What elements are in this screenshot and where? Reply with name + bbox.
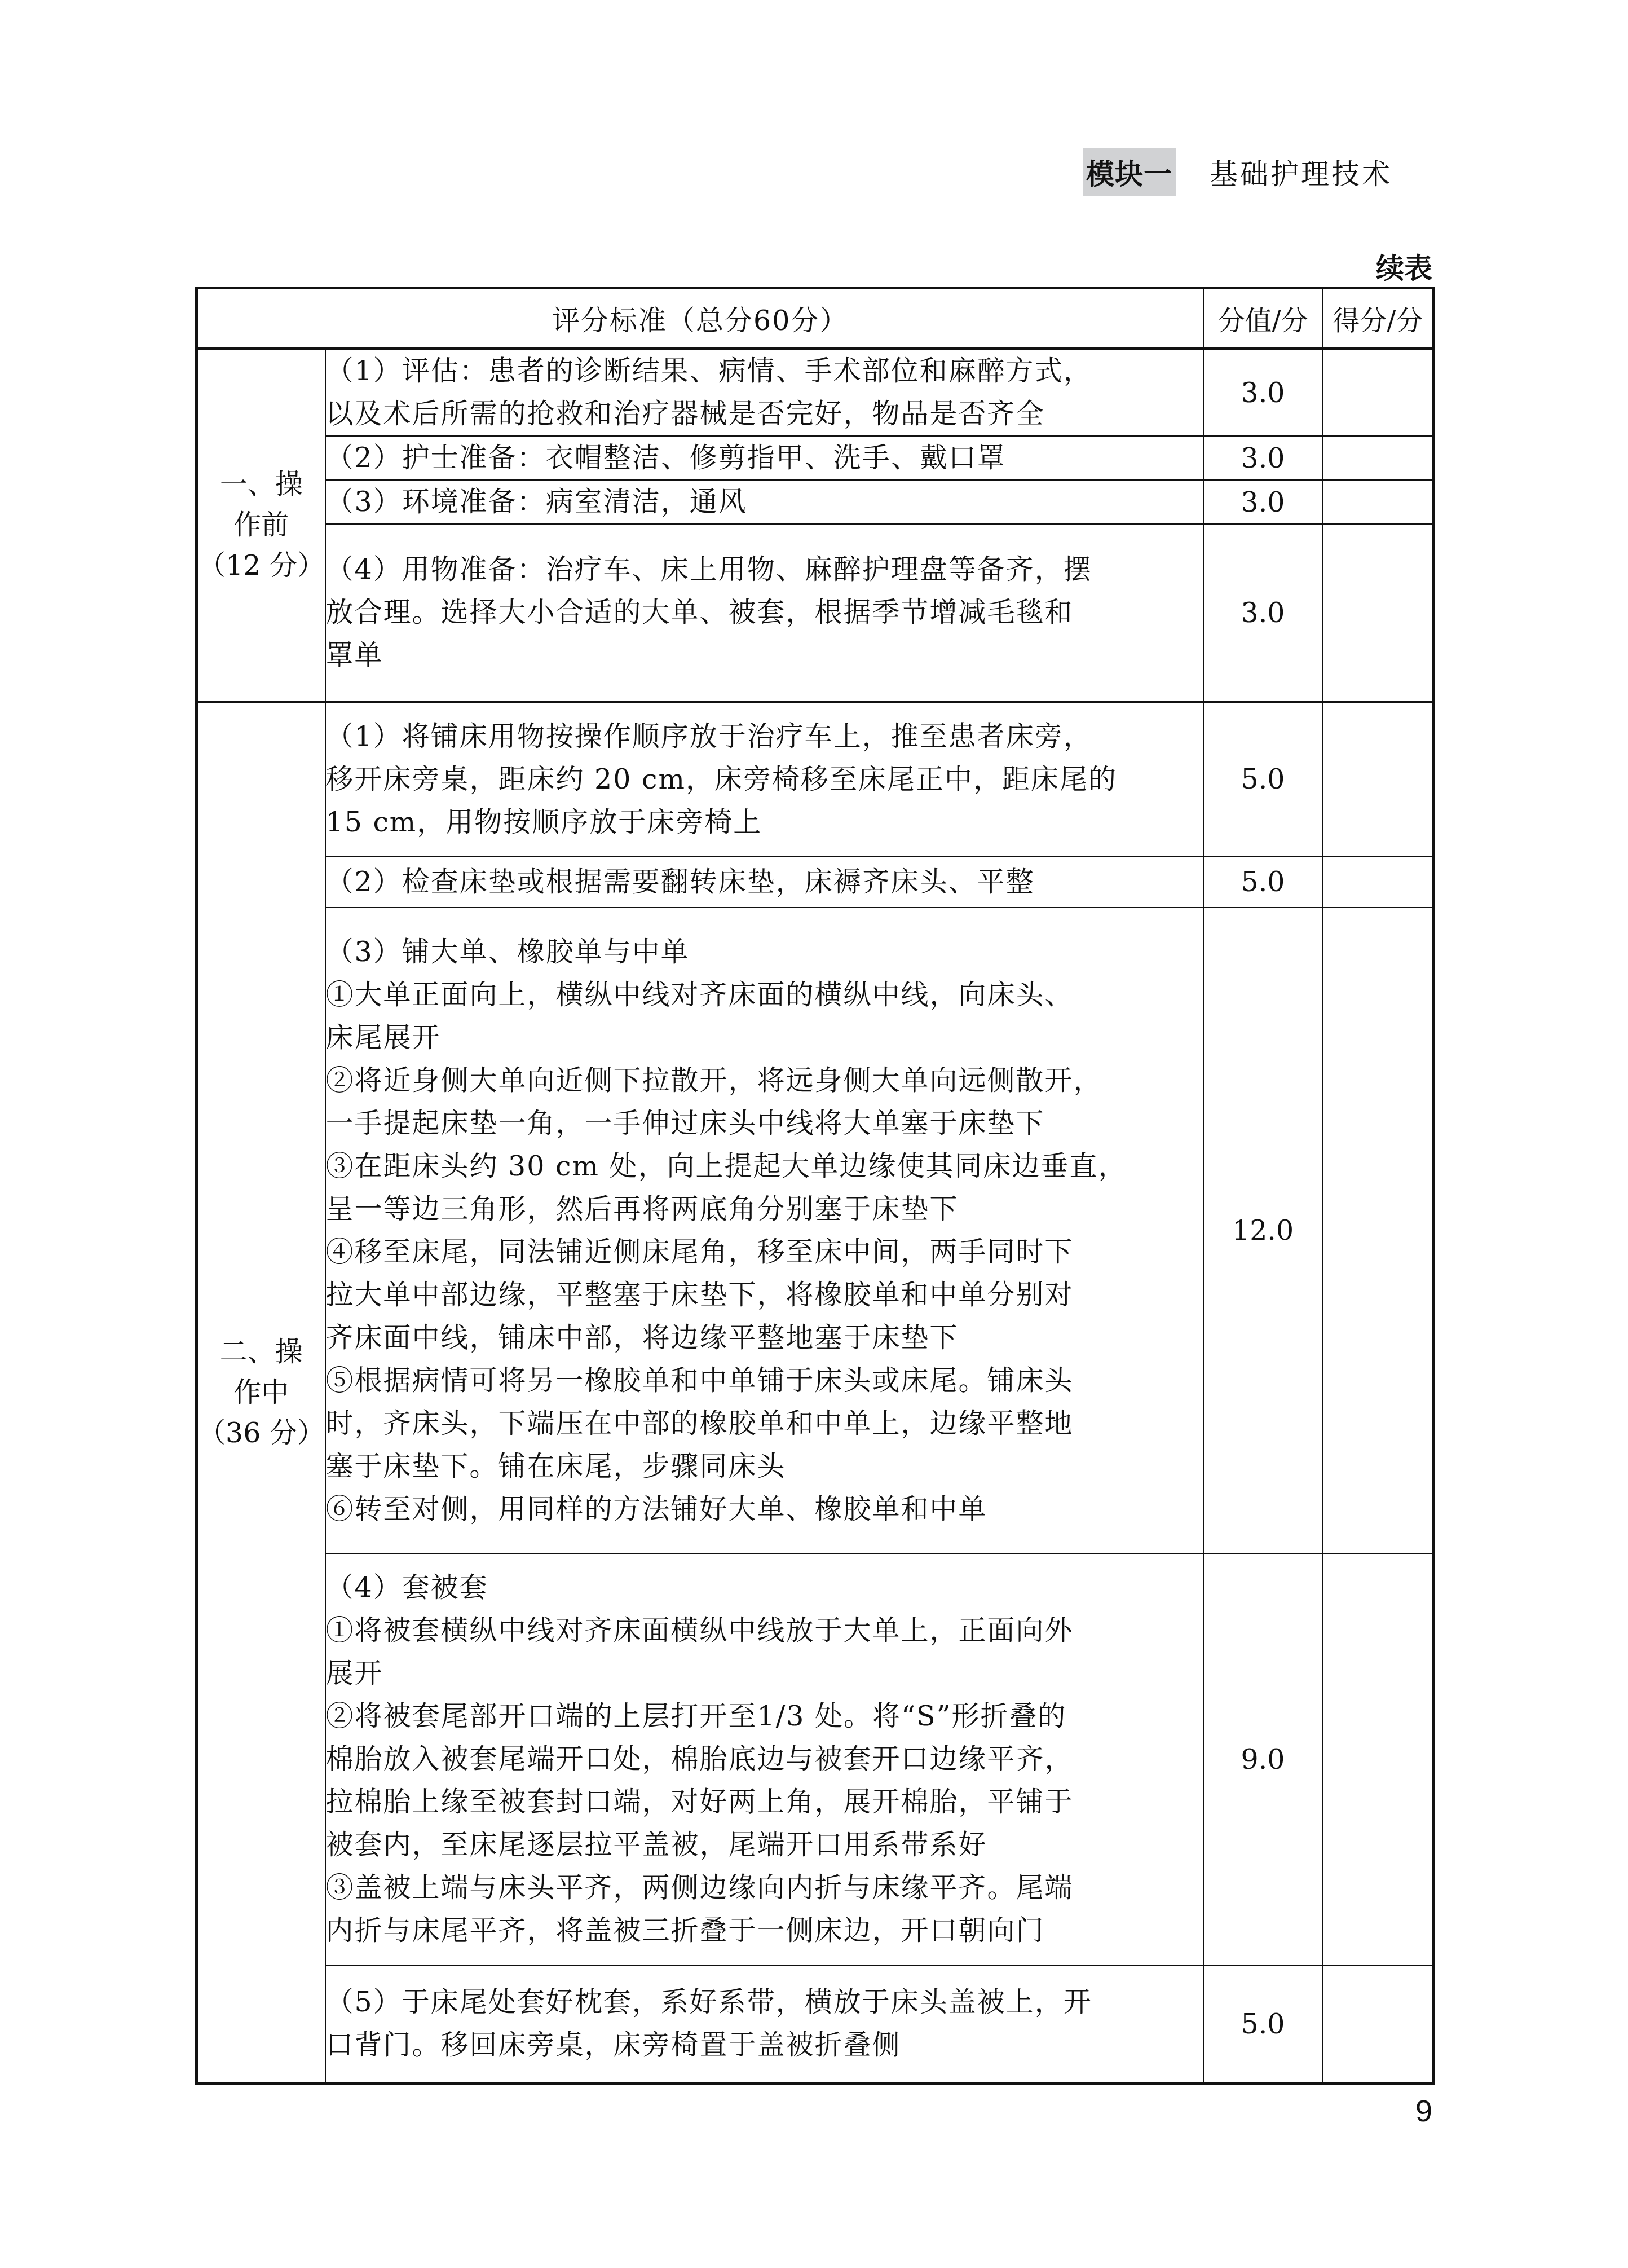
continued-label: 续表 bbox=[1348, 246, 1432, 287]
section-category: 二、操 作中 （36 分） bbox=[197, 702, 325, 2084]
item-line: ①将被套横纵中线对齐床面横纵中线放于大单上，正面向外 bbox=[326, 1609, 1203, 1652]
running-head: 模块一 基础护理技术 bbox=[1083, 148, 1392, 196]
item-line: （2）护士准备：衣帽整洁、修剪指甲、洗手、戴口罩 bbox=[326, 437, 1203, 479]
table-header-row: 评分标准（总分60分） 分值/分 得分/分 bbox=[197, 288, 1434, 349]
item-line: （1）将铺床用物按操作顺序放于治疗车上，推至患者床旁， bbox=[326, 715, 1203, 758]
module-title: 基础护理技术 bbox=[1210, 152, 1392, 192]
item-line: 塞于床垫下。铺在床尾，步骤同床头 bbox=[326, 1445, 1203, 1488]
score-cell[interactable] bbox=[1323, 856, 1434, 908]
item-line: 床尾展开 bbox=[326, 1016, 1203, 1059]
item-line: 一手提起床垫一角，一手伸过床头中线将大单塞于床垫下 bbox=[326, 1102, 1203, 1145]
item-line: （1）评估：患者的诊断结果、病情、手术部位和麻醉方式， bbox=[326, 350, 1203, 393]
header-value: 分值/分 bbox=[1203, 288, 1323, 349]
section-category: 一、操 作前 （12 分） bbox=[197, 349, 325, 702]
item-line: 拉大单中部边缘，平整塞于床垫下，将橡胶单和中单分别对 bbox=[326, 1274, 1203, 1316]
criteria-item: （4）套被套 ①将被套横纵中线对齐床面横纵中线放于大单上，正面向外 展开 ②将被… bbox=[325, 1553, 1203, 1965]
scoring-table: 评分标准（总分60分） 分值/分 得分/分 一、操 作前 （12 分） （1）评… bbox=[195, 287, 1435, 2085]
table-row: 二、操 作中 （36 分） （1）将铺床用物按操作顺序放于治疗车上，推至患者床旁… bbox=[197, 702, 1434, 856]
item-line: 棉胎放入被套尾端开口处，棉胎底边与被套开口边缘平齐， bbox=[326, 1738, 1203, 1781]
table-row: （4）套被套 ①将被套横纵中线对齐床面横纵中线放于大单上，正面向外 展开 ②将被… bbox=[197, 1553, 1434, 1965]
item-line: ①大单正面向上，横纵中线对齐床面的横纵中线，向床头、 bbox=[326, 974, 1203, 1016]
criteria-item: （1）评估：患者的诊断结果、病情、手术部位和麻醉方式， 以及术后所需的抢救和治疗… bbox=[325, 349, 1203, 436]
category-line: （12 分） bbox=[198, 545, 325, 586]
value-cell: 3.0 bbox=[1203, 524, 1323, 702]
score-cell[interactable] bbox=[1323, 436, 1434, 480]
item-line: 放合理。选择大小合适的大单、被套，根据季节增减毛毯和 bbox=[326, 591, 1203, 634]
item-line: （5）于床尾处套好枕套，系好系带，横放于床头盖被上，开 bbox=[326, 1981, 1203, 2024]
item-line: ④移至床尾，同法铺近侧床尾角，移至床中间，两手同时下 bbox=[326, 1231, 1203, 1274]
value-cell: 5.0 bbox=[1203, 856, 1323, 908]
table-row: （3）铺大单、橡胶单与中单 ①大单正面向上，横纵中线对齐床面的横纵中线，向床头、… bbox=[197, 908, 1434, 1553]
item-line: 15 cm，用物按顺序放于床旁椅上 bbox=[326, 801, 1203, 844]
table-row: （4）用物准备：治疗车、床上用物、麻醉护理盘等备齐，摆 放合理。选择大小合适的大… bbox=[197, 524, 1434, 702]
category-line: 作前 bbox=[198, 505, 325, 545]
item-line: ③盖被上端与床头平齐，两侧边缘向内折与床缘平齐。尾端 bbox=[326, 1866, 1203, 1909]
score-cell[interactable] bbox=[1323, 702, 1434, 856]
score-cell[interactable] bbox=[1323, 524, 1434, 702]
item-line: ②将被套尾部开口端的上层打开至1/3 处。将“S”形折叠的 bbox=[326, 1695, 1203, 1738]
category-line: （36 分） bbox=[198, 1413, 325, 1454]
value-cell: 3.0 bbox=[1203, 349, 1323, 436]
header-criteria: 评分标准（总分60分） bbox=[197, 288, 1203, 349]
score-cell[interactable] bbox=[1323, 1553, 1434, 1965]
table-row: （2）检查床垫或根据需要翻转床垫，床褥齐床头、平整 5.0 bbox=[197, 856, 1434, 908]
table-row: 一、操 作前 （12 分） （1）评估：患者的诊断结果、病情、手术部位和麻醉方式… bbox=[197, 349, 1434, 436]
item-line: 齐床面中线，铺床中部，将边缘平整地塞于床垫下 bbox=[326, 1316, 1203, 1359]
item-line: ⑥转至对侧，用同样的方法铺好大单、橡胶单和中单 bbox=[326, 1488, 1203, 1531]
value-cell: 3.0 bbox=[1203, 436, 1323, 480]
criteria-item: （3）铺大单、橡胶单与中单 ①大单正面向上，横纵中线对齐床面的横纵中线，向床头、… bbox=[325, 908, 1203, 1553]
criteria-item: （2）护士准备：衣帽整洁、修剪指甲、洗手、戴口罩 bbox=[325, 436, 1203, 480]
item-line: ②将近身侧大单向近侧下拉散开，将远身侧大单向远侧散开， bbox=[326, 1059, 1203, 1102]
criteria-item: （4）用物准备：治疗车、床上用物、麻醉护理盘等备齐，摆 放合理。选择大小合适的大… bbox=[325, 524, 1203, 702]
header-score: 得分/分 bbox=[1323, 288, 1434, 349]
criteria-item: （3）环境准备：病室清洁，通风 bbox=[325, 480, 1203, 524]
item-line: ③在距床头约 30 cm 处，向上提起大单边缘使其同床边垂直， bbox=[326, 1145, 1203, 1188]
table-row: （3）环境准备：病室清洁，通风 3.0 bbox=[197, 480, 1434, 524]
score-cell[interactable] bbox=[1323, 908, 1434, 1553]
item-line: 移开床旁桌，距床约 20 cm，床旁椅移至床尾正中，距床尾的 bbox=[326, 758, 1203, 801]
criteria-item: （1）将铺床用物按操作顺序放于治疗车上，推至患者床旁， 移开床旁桌，距床约 20… bbox=[325, 702, 1203, 856]
item-line: 口背门。移回床旁桌，床旁椅置于盖被折叠侧 bbox=[326, 2024, 1203, 2067]
table-row: （5）于床尾处套好枕套，系好系带，横放于床头盖被上，开 口背门。移回床旁桌，床旁… bbox=[197, 1965, 1434, 2084]
item-line: 时，齐床头，下端压在中部的橡胶单和中单上，边缘平整地 bbox=[326, 1402, 1203, 1445]
value-cell: 3.0 bbox=[1203, 480, 1323, 524]
item-line: （3）环境准备：病室清洁，通风 bbox=[326, 481, 1203, 523]
item-line: ⑤根据病情可将另一橡胶单和中单铺于床头或床尾。铺床头 bbox=[326, 1359, 1203, 1402]
score-cell[interactable] bbox=[1323, 349, 1434, 436]
item-line: （4）套被套 bbox=[326, 1566, 1203, 1609]
item-line: 呈一等边三角形，然后再将两底角分别塞于床垫下 bbox=[326, 1188, 1203, 1231]
module-label: 模块一 bbox=[1083, 148, 1176, 196]
item-line: （4）用物准备：治疗车、床上用物、麻醉护理盘等备齐，摆 bbox=[326, 548, 1203, 591]
value-cell: 9.0 bbox=[1203, 1553, 1323, 1965]
value-cell: 5.0 bbox=[1203, 1965, 1323, 2084]
category-line: 一、操 bbox=[198, 464, 325, 505]
item-line: 以及术后所需的抢救和治疗器械是否完好，物品是否齐全 bbox=[326, 393, 1203, 435]
category-line: 二、操 bbox=[198, 1332, 325, 1372]
table-row: （2）护士准备：衣帽整洁、修剪指甲、洗手、戴口罩 3.0 bbox=[197, 436, 1434, 480]
criteria-item: （2）检查床垫或根据需要翻转床垫，床褥齐床头、平整 bbox=[325, 856, 1203, 908]
score-cell[interactable] bbox=[1323, 480, 1434, 524]
item-line: 罩单 bbox=[326, 634, 1203, 677]
score-cell[interactable] bbox=[1323, 1965, 1434, 2084]
item-line: 内折与床尾平齐，将盖被三折叠于一侧床边，开口朝向门 bbox=[326, 1909, 1203, 1952]
value-cell: 5.0 bbox=[1203, 702, 1323, 856]
category-line: 作中 bbox=[198, 1372, 325, 1413]
item-line: 拉棉胎上缘至被套封口端，对好两上角，展开棉胎，平铺于 bbox=[326, 1781, 1203, 1824]
item-line: 展开 bbox=[326, 1652, 1203, 1695]
value-cell: 12.0 bbox=[1203, 908, 1323, 1553]
item-line: 被套内，至床尾逐层拉平盖被，尾端开口用系带系好 bbox=[326, 1824, 1203, 1866]
page-number: 9 bbox=[1393, 2094, 1432, 2129]
criteria-item: （5）于床尾处套好枕套，系好系带，横放于床头盖被上，开 口背门。移回床旁桌，床旁… bbox=[325, 1965, 1203, 2084]
item-line: （2）检查床垫或根据需要翻转床垫，床褥齐床头、平整 bbox=[326, 861, 1203, 904]
item-line: （3）铺大单、橡胶单与中单 bbox=[326, 931, 1203, 974]
